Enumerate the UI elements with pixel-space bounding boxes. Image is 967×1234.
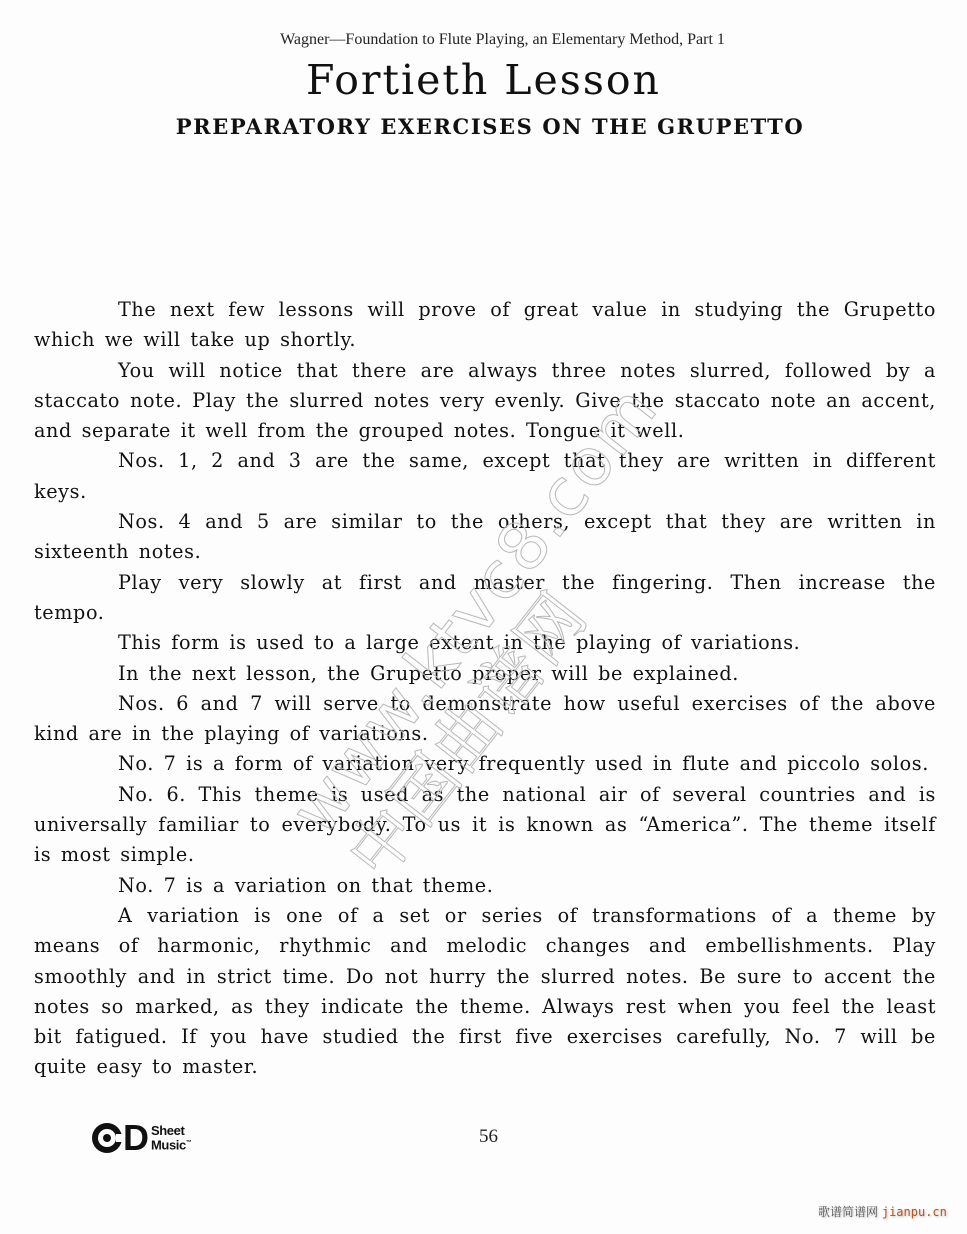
paragraph: No. 7 is a form of variation very freque… — [34, 749, 936, 779]
lesson-subtitle: PREPARATORY EXERCISES ON THE GRUPETTO — [0, 114, 967, 139]
lesson-title: Fortieth Lesson — [0, 56, 967, 104]
paragraph: Nos. 1, 2 and 3 are the same, except tha… — [34, 446, 936, 507]
paragraph: A variation is one of a set or series of… — [34, 901, 936, 1083]
site-domain: jianpu.cn — [882, 1205, 947, 1219]
paragraph: No. 7 is a variation on that theme. — [34, 871, 936, 901]
paragraph: The next few lessons will prove of great… — [34, 295, 936, 356]
lesson-body: The next few lessons will prove of great… — [34, 295, 936, 1083]
paragraph: This form is used to a large extent in t… — [34, 628, 936, 658]
site-label: 歌谱简谱网 — [818, 1205, 878, 1219]
document-page: Wagner—Foundation to Flute Playing, an E… — [0, 0, 967, 1234]
paragraph: Play very slowly at first and master the… — [34, 568, 936, 629]
site-watermark: 歌谱简谱网 jianpu.cn — [818, 1203, 947, 1220]
paragraph: No. 6. This theme is used as the nationa… — [34, 780, 936, 871]
running-head: Wagner—Foundation to Flute Playing, an E… — [0, 31, 967, 49]
paragraph: In the next lesson, the Grupetto proper … — [34, 659, 936, 689]
paragraph: Nos. 4 and 5 are similar to the others, … — [34, 507, 936, 568]
page-number: 56 — [0, 1126, 967, 1148]
paragraph: Nos. 6 and 7 will serve to demonstrate h… — [34, 689, 936, 750]
paragraph: You will notice that there are always th… — [34, 356, 936, 447]
